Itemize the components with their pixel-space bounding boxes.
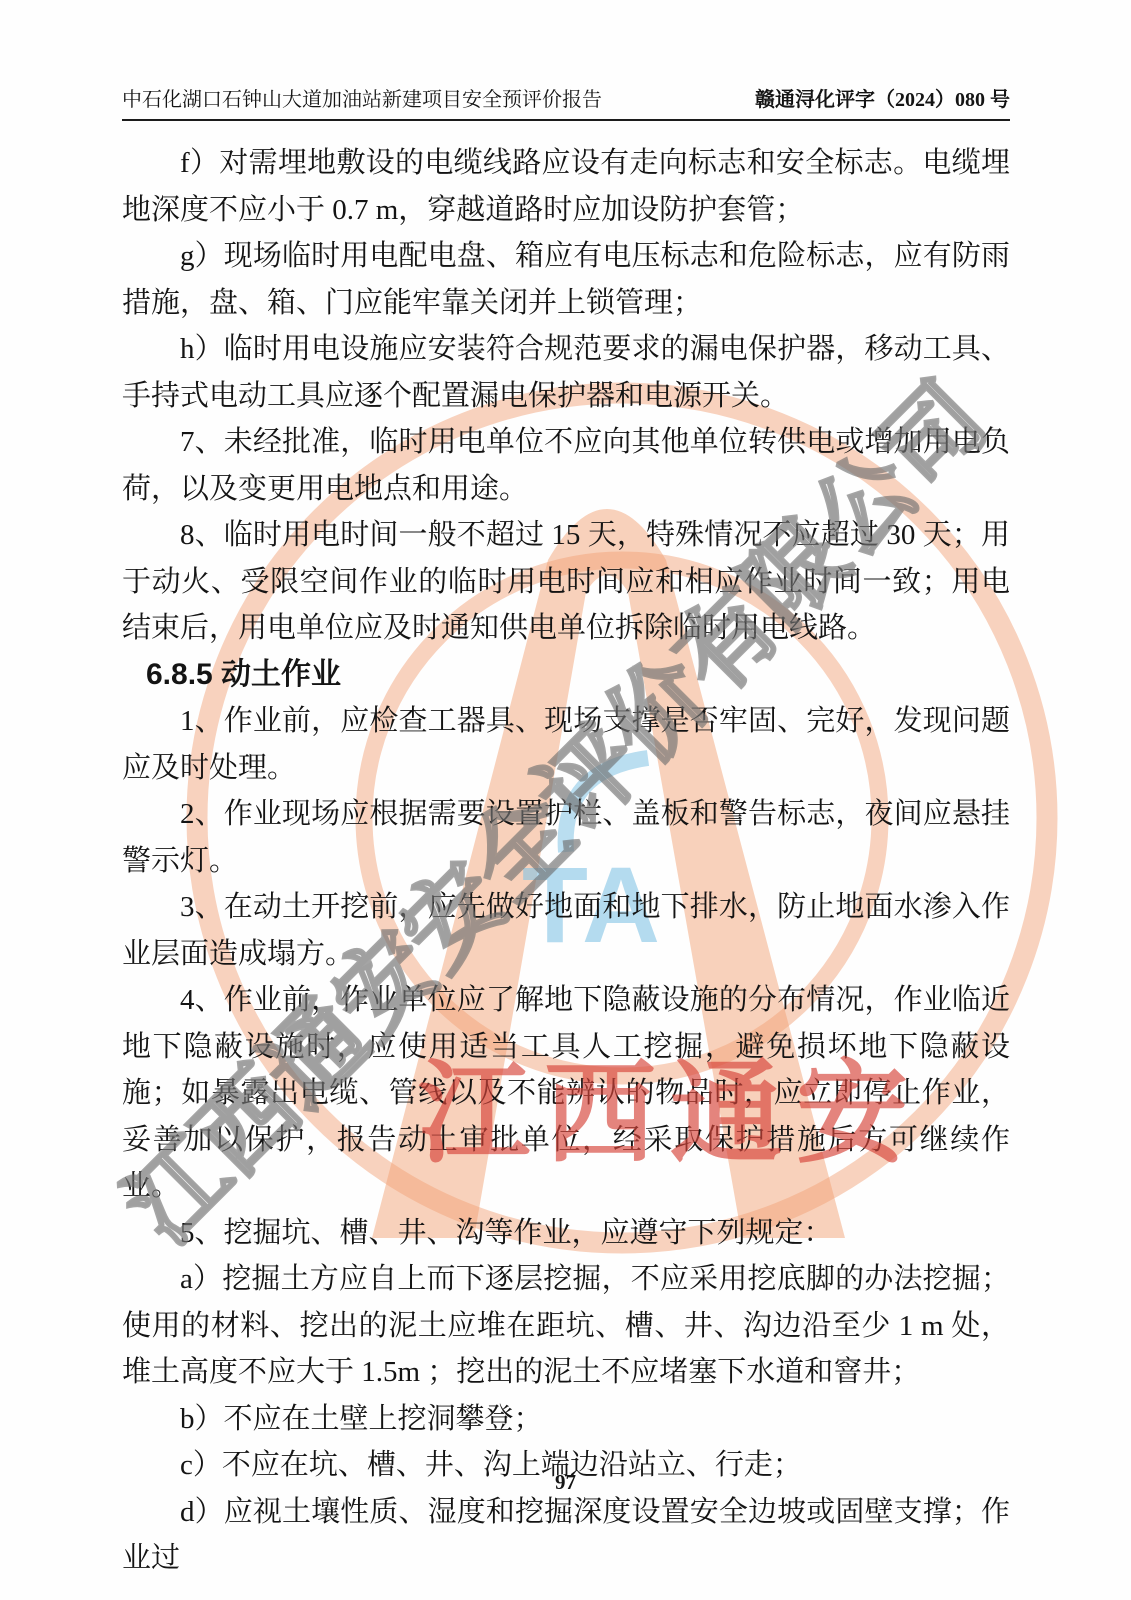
report-title: 中石化湖口石钟山大道加油站新建项目安全预评价报告	[122, 88, 602, 112]
document-number: 赣通浔化评字（2024）080 号	[755, 88, 1010, 112]
page-header: 中石化湖口石钟山大道加油站新建项目安全预评价报告 赣通浔化评字（2024）080…	[122, 88, 1010, 121]
paragraph-4: 4、作业前，作业单位应了解地下隐蔽设施的分布情况，作业临近地下隐蔽设施时，应使用…	[122, 977, 1010, 1210]
paragraph-g: g）现场临时用电配电盘、箱应有电压标志和危险标志，应有防雨措施，盘、箱、门应能牢…	[122, 233, 1010, 326]
paragraph-b: b）不应在土壁上挖洞攀登；	[122, 1396, 1010, 1443]
paragraph-3: 3、在动土开挖前，应先做好地面和地下排水，防止地面水渗入作业层面造成塌方。	[122, 884, 1010, 977]
paragraph-h: h）临时用电设施应安装符合规范要求的漏电保护器，移动工具、手持式电动工具应逐个配…	[122, 326, 1010, 419]
paragraph-2: 2、作业现场应根据需要设置护栏、盖板和警告标志，夜间应悬挂警示灯。	[122, 791, 1010, 884]
paragraph-f: f）对需埋地敷设的电缆线路应设有走向标志和安全标志。电缆埋地深度不应小于 0.7…	[122, 140, 1010, 233]
paragraph-8: 8、临时用电时间一般不超过 15 天，特殊情况不应超过 30 天；用于动火、受限…	[122, 512, 1010, 652]
document-page: TA 中石化湖口石钟山大道加油站新建项目安全预评价报告 赣通浔化评字（2024）…	[0, 0, 1131, 1600]
paragraph-7: 7、未经批准，临时用电单位不应向其他单位转供电或增加用电负荷，以及变更用电地点和…	[122, 419, 1010, 512]
paragraph-1: 1、作业前，应检查工器具、现场支撑是否牢固、完好，发现问题应及时处理。	[122, 698, 1010, 791]
page-number: 97	[0, 1470, 1131, 1495]
paragraph-a: a）挖掘土方应自上而下逐层挖掘，不应采用挖底脚的办法挖掘；使用的材料、挖出的泥土…	[122, 1256, 1010, 1396]
paragraph-5: 5、挖掘坑、槽、井、沟等作业，应遵守下列规定：	[122, 1210, 1010, 1257]
paragraph-d: d）应视土壤性质、湿度和挖掘深度设置安全边坡或固壁支撑；作业过	[122, 1489, 1010, 1582]
body-text: f）对需埋地敷设的电缆线路应设有走向标志和安全标志。电缆埋地深度不应小于 0.7…	[122, 140, 1010, 1582]
section-heading-685: 6.8.5 动土作业	[122, 652, 1010, 699]
